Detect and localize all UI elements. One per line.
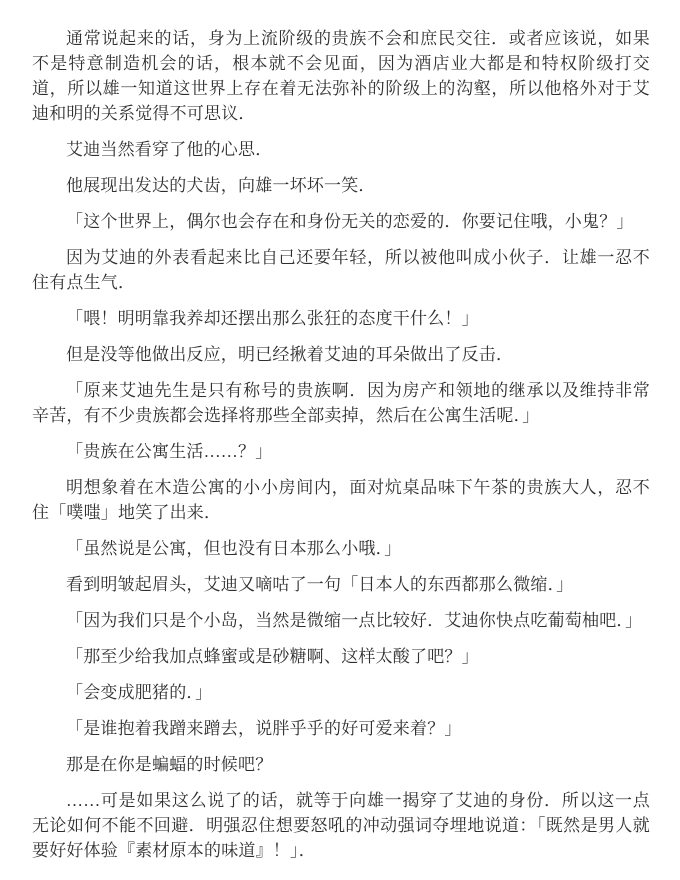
narration-paragraph: 艾迪当然看穿了他的心思． bbox=[32, 137, 650, 162]
dialogue-paragraph: 「是谁抱着我蹭来蹭去，说胖乎乎的好可爱来着？」 bbox=[32, 716, 650, 741]
narration-paragraph: 他展现出发达的犬齿，向雄一坏坏一笑． bbox=[32, 173, 650, 198]
novel-text-page: 通常说起来的话，身为上流阶级的贵族不会和庶民交往．或者应该说，如果不是特意制造机… bbox=[0, 0, 680, 880]
dialogue-paragraph: 「喂！明明靠我养却还摆出那么张狂的态度干什么！」 bbox=[32, 306, 650, 331]
narration-paragraph: 通常说起来的话，身为上流阶级的贵族不会和庶民交往．或者应该说，如果不是特意制造机… bbox=[32, 26, 650, 126]
dialogue-paragraph: 「那至少给我加点蜂蜜或是砂糖啊、这样太酸了吧？」 bbox=[32, 644, 650, 669]
narration-paragraph: 那是在你是蝙蝠的时候吧？ bbox=[32, 752, 650, 777]
narration-paragraph: 因为艾迪的外表看起来比自己还要年轻，所以被他叫成小伙子．让雄一忍不住有点生气． bbox=[32, 245, 650, 295]
dialogue-paragraph: 「这个世界上，偶尔也会存在和身份无关的恋爱的．你要记住哦，小鬼？」 bbox=[32, 209, 650, 234]
narration-paragraph: 但是没等他做出反应，明已经揪着艾迪的耳朵做出了反击． bbox=[32, 342, 650, 367]
dialogue-paragraph: 「虽然说是公寓，但也没有日本那么小哦．」 bbox=[32, 536, 650, 561]
dialogue-paragraph: 「因为我们只是个小岛，当然是微缩一点比较好．艾迪你快点吃葡萄柚吧．」 bbox=[32, 608, 650, 633]
narration-paragraph: 明想象着在木造公寓的小小房间内，面对炕桌品味下午茶的贵族大人，忍不住「噗嗤」地笑… bbox=[32, 475, 650, 525]
dialogue-paragraph: 「原来艾迪先生是只有称号的贵族啊．因为房产和领地的继承以及维持非常辛苦，有不少贵… bbox=[32, 378, 650, 428]
dialogue-paragraph: 「贵族在公寓生活……？」 bbox=[32, 439, 650, 464]
narration-paragraph: ……可是如果这么说了的话，就等于向雄一揭穿了艾迪的身份．所以这一点无论如何不能不… bbox=[32, 788, 650, 863]
dialogue-paragraph: 「会变成肥猪的．」 bbox=[32, 680, 650, 705]
narration-paragraph: 看到明皱起眉头，艾迪又嘀咕了一句「日本人的东西都那么微缩．」 bbox=[32, 572, 650, 597]
